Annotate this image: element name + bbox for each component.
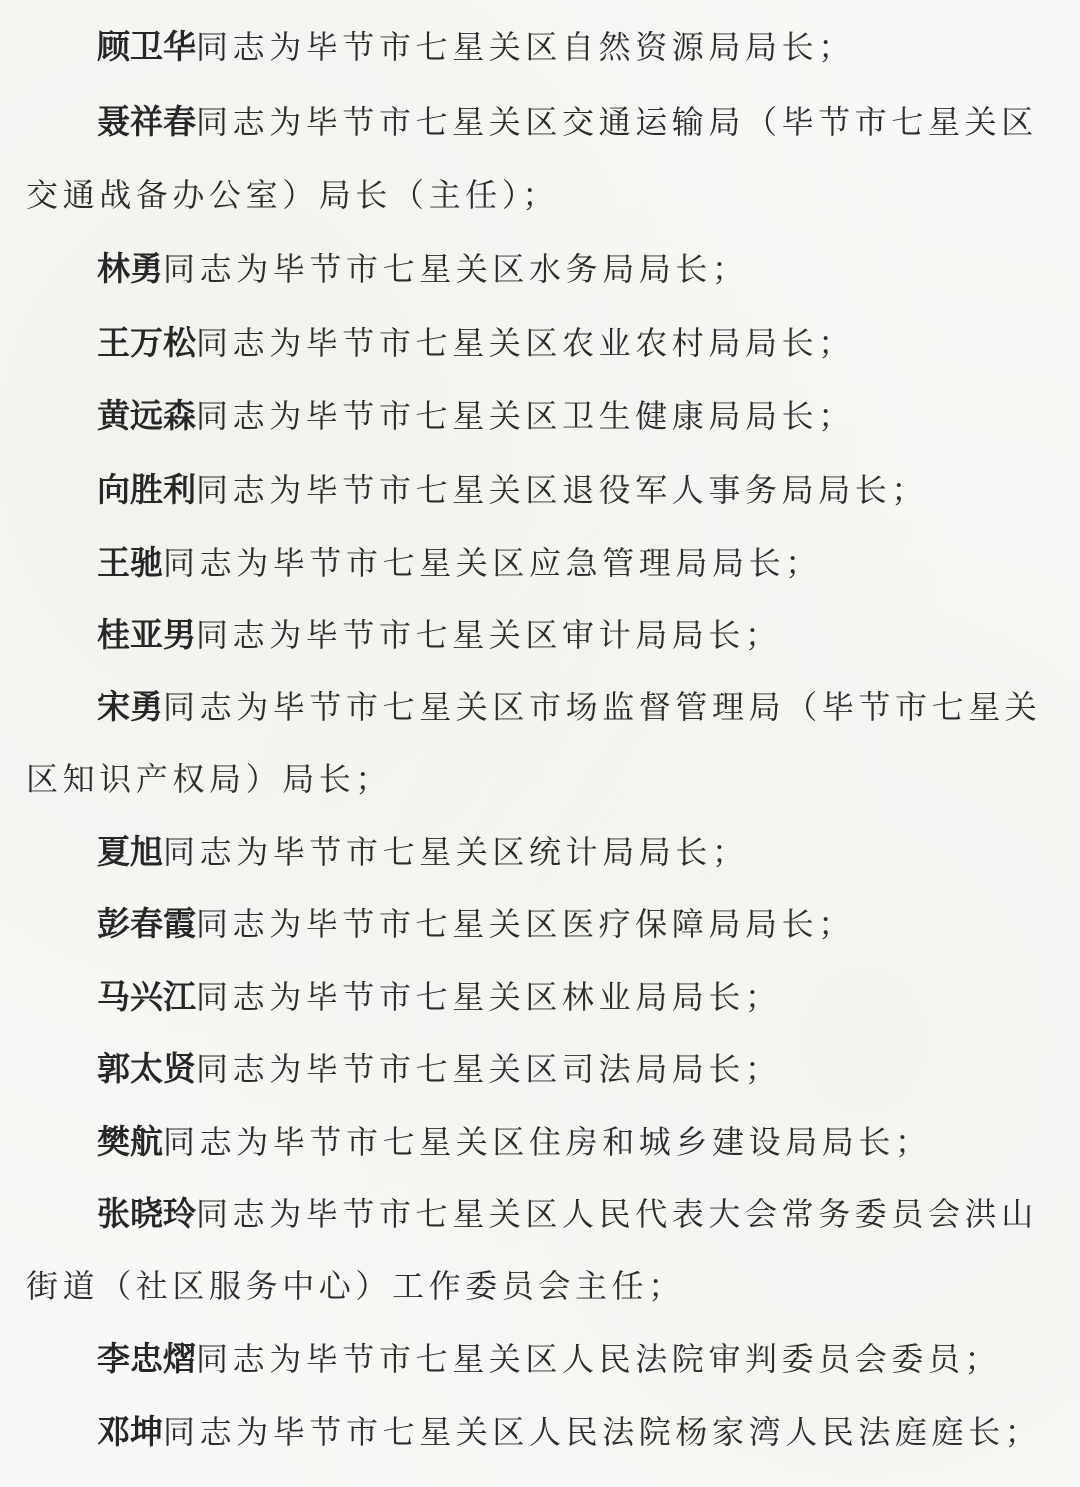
appointee-name: 聂祥春 [97,102,196,141]
appointment-text: 同志为毕节市七星关区林业局局长； [196,978,782,1016]
appointee-name: 樊航 [97,1122,163,1161]
appointment-line: 邓坤同志为毕节市七星关区人民法院杨家湾人民法庭庭长； [97,1407,1041,1457]
appointment-line: 王万松同志为毕节市七星关区农业农村局局长； [97,318,855,368]
appointment-text: 同志为毕节市七星关区水务局局长； [163,250,749,288]
appointee-name: 宋勇 [97,687,163,726]
appointment-text: 同志为毕节市七星关区统计局局长； [163,833,749,871]
appointment-text: 区知识产权局）局长； [26,760,392,798]
appointment-line: 顾卫华同志为毕节市七星关区自然资源局局长； [97,22,855,72]
appointee-name: 桂亚男 [97,615,196,654]
appointment-text: 同志为毕节市七星关区卫生健康局局长； [196,397,855,435]
appointment-line: 聂祥春同志为毕节市七星关区交通运输局（毕节市七星关区 [97,97,1038,147]
appointment-text: 同志为毕节市七星关区交通运输局（毕节市七星关区 [196,103,1038,141]
appointee-name: 林勇 [97,249,163,288]
appointment-text: 同志为毕节市七星关区应急管理局局长； [163,544,822,582]
appointment-text: 交通战备办公室）局长（主任）； [26,176,559,214]
appointee-name: 王驰 [97,543,163,582]
appointee-name: 向胜利 [97,470,196,509]
appointment-text: 同志为毕节市七星关区医疗保障局局长； [196,905,855,943]
appointee-name: 李忠熠 [97,1339,196,1378]
appointment-line: 张晓玲同志为毕节市七星关区人民代表大会常务委员会洪山 [97,1189,1038,1239]
appointment-line: 宋勇同志为毕节市七星关区市场监督管理局（毕节市七星关 [97,682,1041,732]
appointment-text: 同志为毕节市七星关区住房和城乡建设局局长； [163,1123,932,1161]
appointment-text: 同志为毕节市七星关区农业农村局局长； [196,324,855,362]
appointment-line: 王驰同志为毕节市七星关区应急管理局局长； [97,538,822,588]
appointment-line-continued: 交通战备办公室）局长（主任）； [26,170,559,220]
appointment-line: 桂亚男同志为毕节市七星关区审计局局长； [97,610,782,660]
appointee-name: 彭春霞 [97,904,196,943]
appointment-text: 同志为毕节市七星关区人民代表大会常务委员会洪山 [196,1195,1038,1233]
appointment-text: 同志为毕节市七星关区退役军人事务局局长； [196,471,928,509]
appointment-text: 同志为毕节市七星关区人民法院审判委员会委员； [196,1340,1001,1378]
appointment-line: 林勇同志为毕节市七星关区水务局局长； [97,244,749,294]
appointee-name: 夏旭 [97,832,163,871]
appointment-text: 街道（社区服务中心）工作委员会主任； [26,1267,685,1305]
appointment-text: 同志为毕节市七星关区人民法院杨家湾人民法庭庭长； [163,1413,1041,1451]
appointment-text: 同志为毕节市七星关区司法局局长； [196,1050,782,1088]
document-page: 顾卫华同志为毕节市七星关区自然资源局局长； 聂祥春同志为毕节市七星关区交通运输局… [0,0,1080,1487]
appointment-line: 樊航同志为毕节市七星关区住房和城乡建设局局长； [97,1117,932,1167]
appointment-line-continued: 街道（社区服务中心）工作委员会主任； [26,1261,685,1311]
appointment-line: 马兴江同志为毕节市七星关区林业局局长； [97,972,782,1022]
appointment-line: 彭春霞同志为毕节市七星关区医疗保障局局长； [97,899,855,949]
appointee-name: 邓坤 [97,1412,163,1451]
appointment-text: 同志为毕节市七星关区市场监督管理局（毕节市七星关 [163,688,1041,726]
appointment-line: 李忠熠同志为毕节市七星关区人民法院审判委员会委员； [97,1334,1001,1384]
appointee-name: 郭太贤 [97,1049,196,1088]
appointee-name: 黄远森 [97,396,196,435]
appointment-line: 郭太贤同志为毕节市七星关区司法局局长； [97,1044,782,1094]
appointment-text: 同志为毕节市七星关区审计局局长； [196,616,782,654]
appointee-name: 王万松 [97,323,196,362]
appointment-line: 黄远森同志为毕节市七星关区卫生健康局局长； [97,391,855,441]
appointment-text: 同志为毕节市七星关区自然资源局局长； [196,28,855,66]
appointee-name: 张晓玲 [97,1194,196,1233]
appointee-name: 顾卫华 [97,27,196,66]
appointee-name: 马兴江 [97,977,196,1016]
appointment-line: 夏旭同志为毕节市七星关区统计局局长； [97,827,749,877]
appointment-line: 向胜利同志为毕节市七星关区退役军人事务局局长； [97,465,928,515]
appointment-line-continued: 区知识产权局）局长； [26,754,392,804]
